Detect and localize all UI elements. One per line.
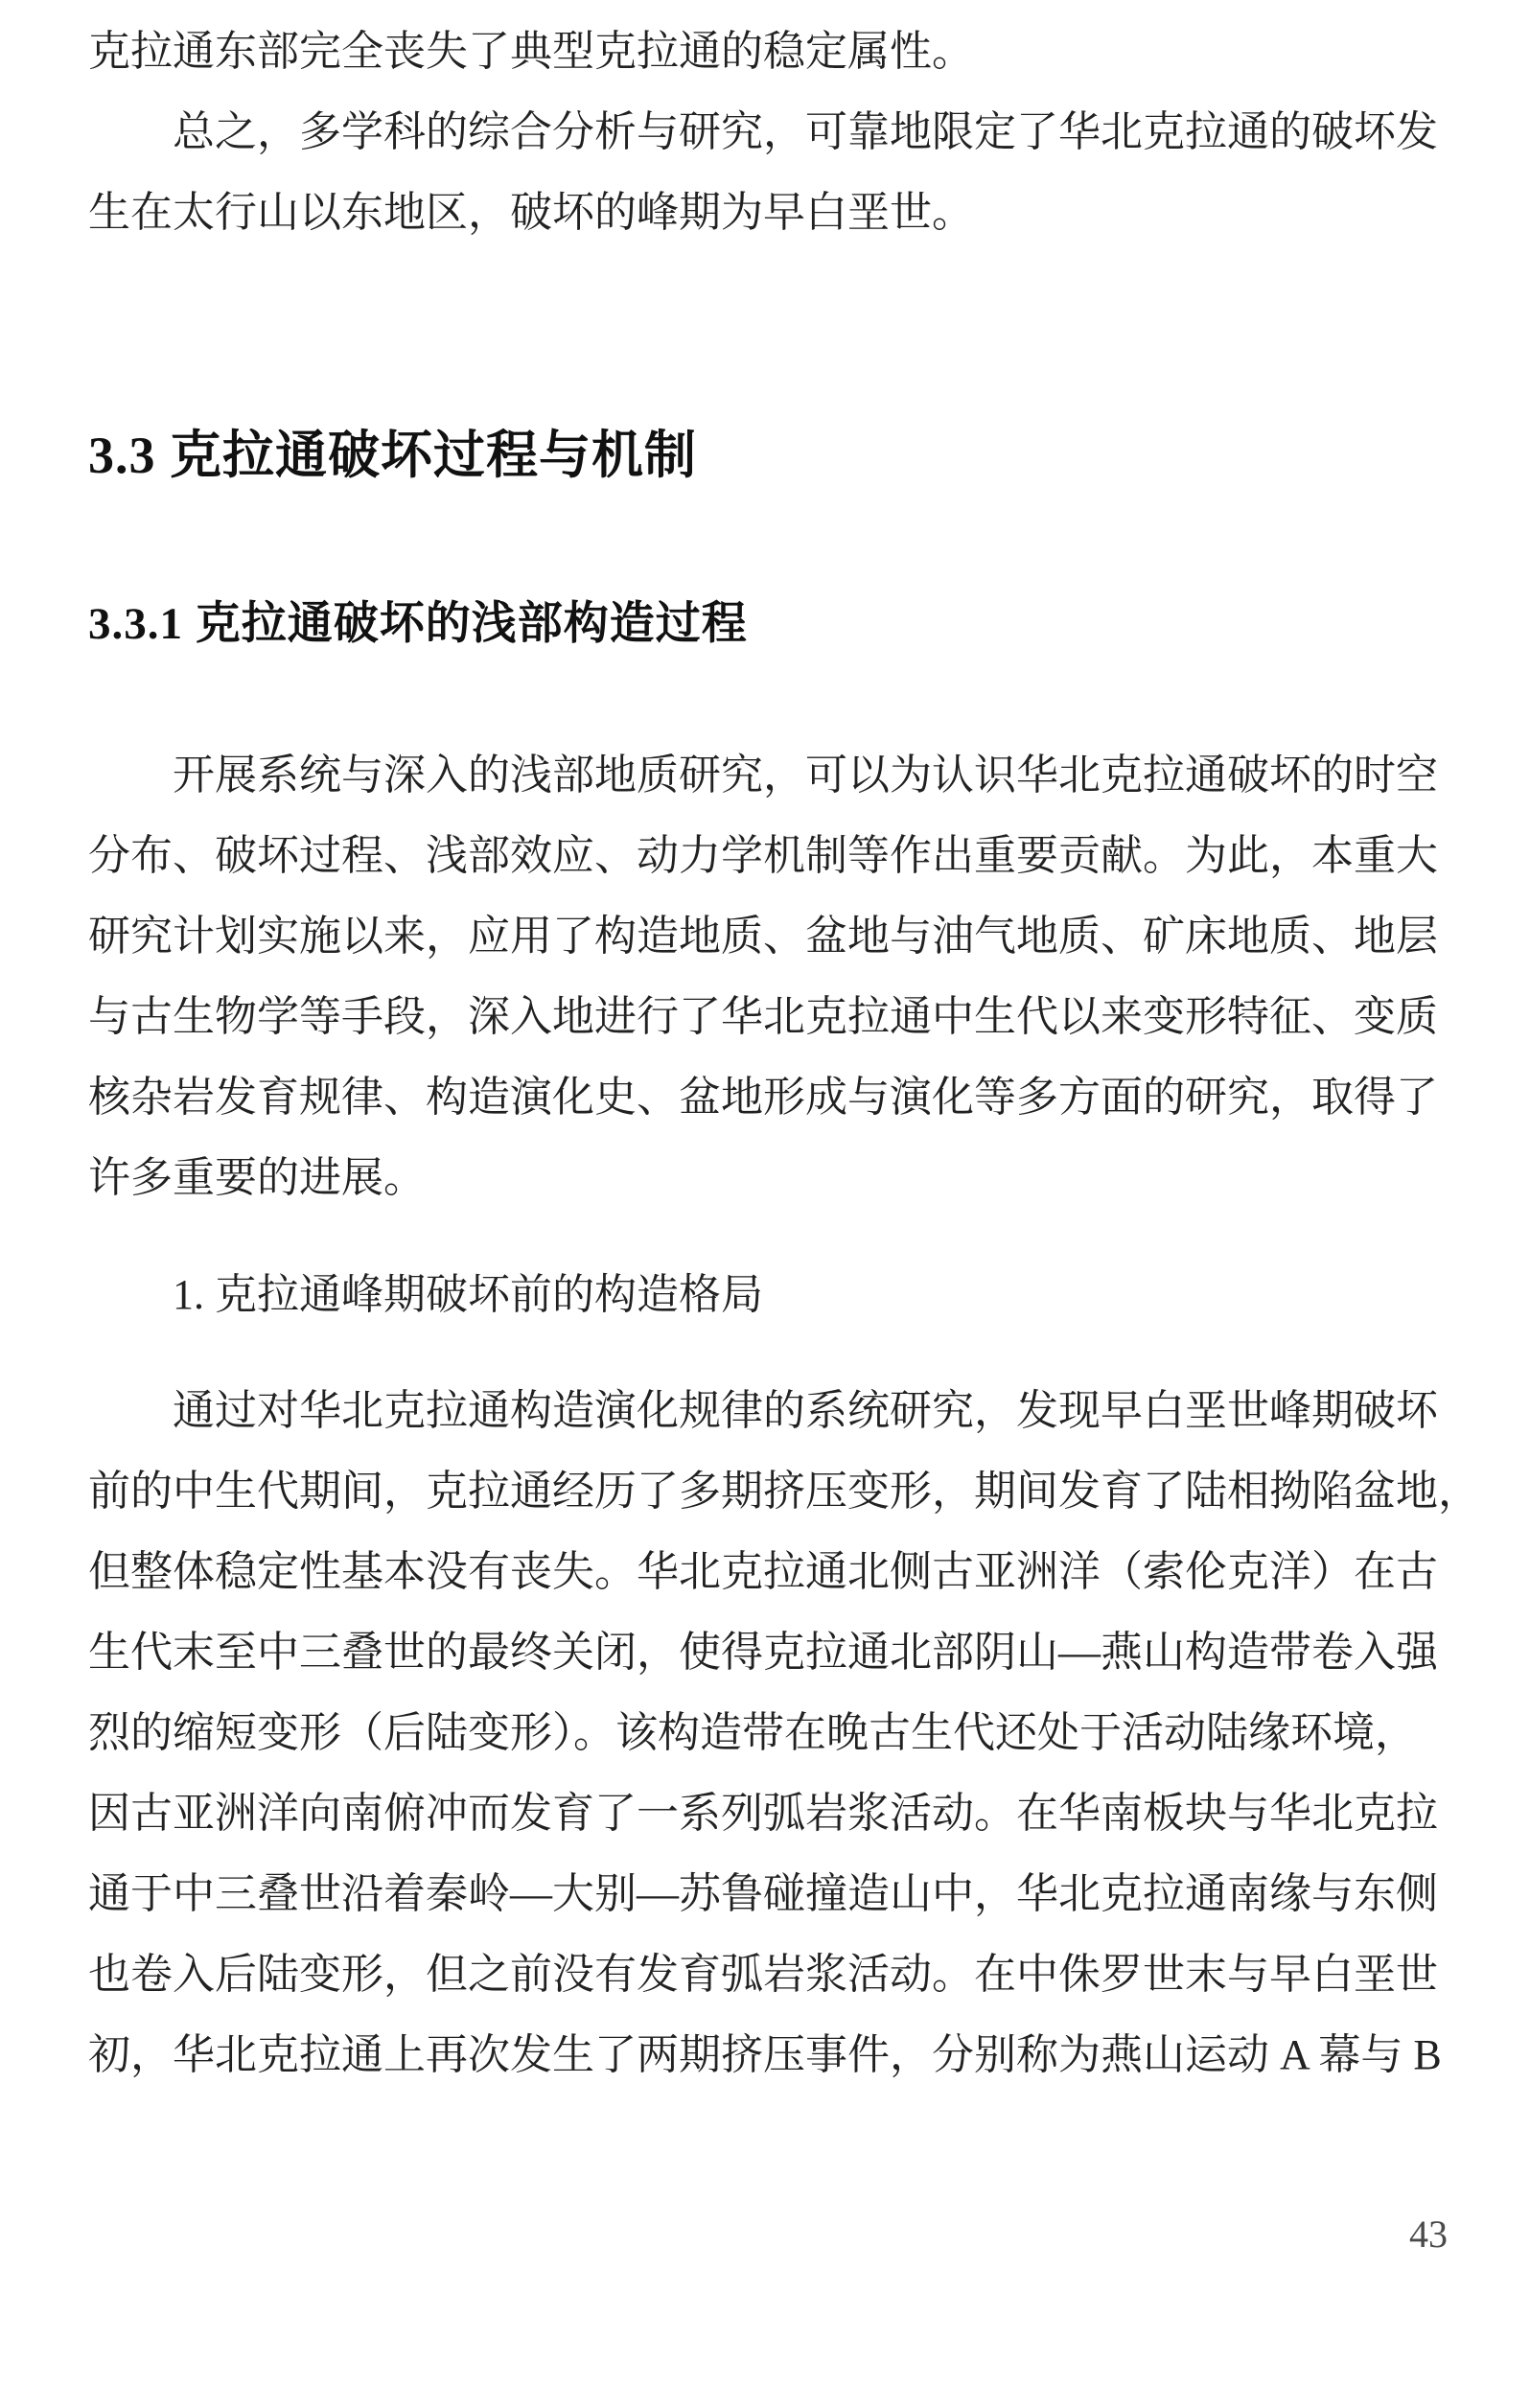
section-heading: 3.3 克拉通破坏过程与机制 xyxy=(88,424,1448,487)
body-line: 许多重要的进展。 xyxy=(88,1138,1448,1218)
body-line: 烈的缩短变形（后陆变形）。该构造带在晚古生代还处于活动陆缘环境， xyxy=(88,1693,1448,1773)
body-line: 因古亚洲洋向南俯冲而发育了一系列弧岩浆活动。在华南板块与华北克拉 xyxy=(88,1773,1448,1854)
body-line: 研究计划实施以来，应用了构造地质、盆地与油气地质、矿床地质、地层 xyxy=(88,896,1448,977)
body-line: 开展系统与深入的浅部地质研究，可以为认识华北克拉通破坏的时空 xyxy=(88,735,1448,816)
text-flow: 克拉通东部完全丧失了典型克拉通的稳定属性。总之，多学科的综合分析与研究，可靠地限… xyxy=(88,12,1448,2095)
body-line: 通于中三叠世沿着秦岭—大别—苏鲁碰撞造山中，华北克拉通南缘与东侧 xyxy=(88,1854,1448,1934)
body-line: 但整体稳定性基本没有丧失。华北克拉通北侧古亚洲洋（索伦克洋）在古 xyxy=(88,1532,1448,1612)
list-item-heading: 1. 克拉通峰期破坏前的构造格局 xyxy=(88,1255,1448,1335)
body-line: 总之，多学科的综合分析与研究，可靠地限定了华北克拉通的破坏发 xyxy=(88,92,1448,173)
page-number: 43 xyxy=(88,2211,1448,2257)
page-content: 克拉通东部完全丧失了典型克拉通的稳定属性。总之，多学科的综合分析与研究，可靠地限… xyxy=(0,0,1530,2257)
body-line: 前的中生代期间，克拉通经历了多期挤压变形，期间发育了陆相拗陷盆地， xyxy=(88,1451,1448,1532)
body-line: 生代末至中三叠世的最终关闭，使得克拉通北部阴山—燕山构造带卷入强 xyxy=(88,1612,1448,1693)
body-line: 生在太行山以东地区，破坏的峰期为早白垩世。 xyxy=(88,173,1448,253)
subsection-heading: 3.3.1 克拉通破坏的浅部构造过程 xyxy=(88,596,1448,652)
body-line: 初，华北克拉通上再次发生了两期挤压事件，分别称为燕山运动 A 幕与 B xyxy=(88,2015,1448,2095)
body-line: 克拉通东部完全丧失了典型克拉通的稳定属性。 xyxy=(88,12,1448,92)
body-line: 分布、破坏过程、浅部效应、动力学机制等作出重要贡献。为此，本重大 xyxy=(88,816,1448,896)
body-line: 与古生物学等手段，深入地进行了华北克拉通中生代以来变形特征、变质 xyxy=(88,977,1448,1057)
body-line: 也卷入后陆变形，但之前没有发育弧岩浆活动。在中侏罗世末与早白垩世 xyxy=(88,1934,1448,2015)
document-page: 克拉通东部完全丧失了典型克拉通的稳定属性。总之，多学科的综合分析与研究，可靠地限… xyxy=(0,0,1530,2408)
body-line: 核杂岩发育规律、构造演化史、盆地形成与演化等多方面的研究，取得了 xyxy=(88,1057,1448,1138)
body-line: 通过对华北克拉通构造演化规律的系统研究，发现早白垩世峰期破坏 xyxy=(88,1371,1448,1451)
